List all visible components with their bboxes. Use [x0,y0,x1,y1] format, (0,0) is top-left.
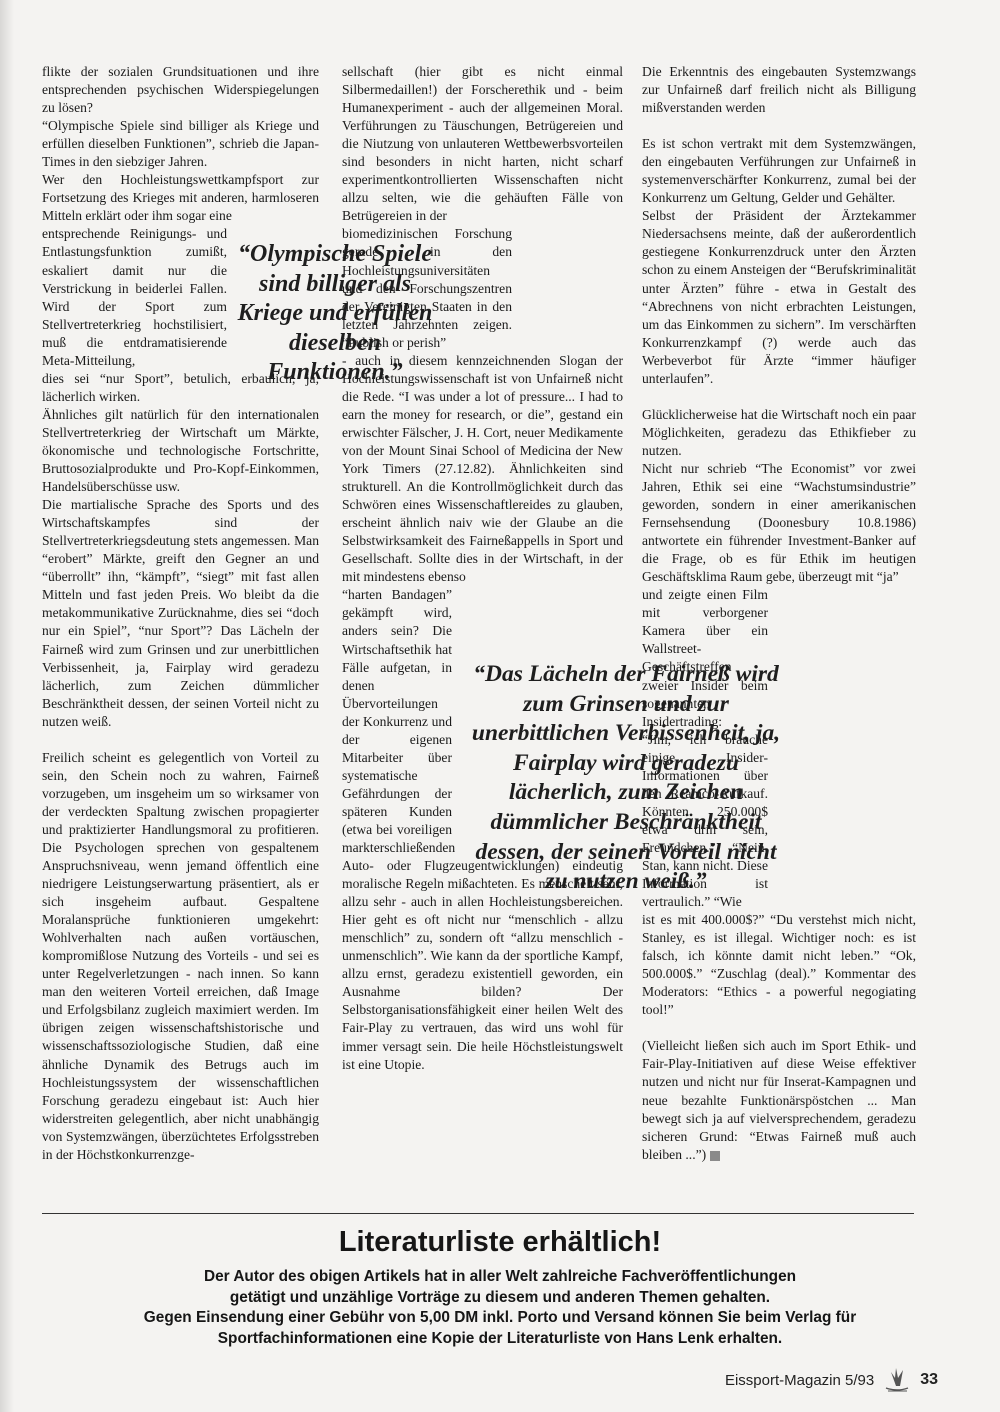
divider-rule [42,1213,914,1214]
paragraph-wrapped: entsprechende Reinigungs- und Entlastung… [42,225,227,369]
publication-name: Eissport-Magazin 5/93 [725,1372,874,1389]
article-column-1: flikte der sozialen Grundsituationen und… [42,63,319,1164]
notice-line: Sportfachinformationen eine Kopie der Li… [0,1329,1000,1350]
paragraph: Die Erkenntnis des eingebauten Systemzwa… [642,63,916,117]
paragraph: Nicht nur schrieb “The Economist” vor zw… [642,460,916,586]
paragraph: Es ist schon vertrakt mit dem Systemzwän… [642,135,916,207]
paragraph: Freilich scheint es gelegentlich von Vor… [42,749,319,1164]
paragraph-wrapped: “harten Bandagen” gekämpft wird, anders … [342,586,452,857]
notice-line: Gegen Einsendung einer Gebühr von 5,00 D… [0,1308,1000,1329]
skate-wing-logo-icon [882,1366,912,1394]
pull-quote-2: “Das Lächeln der Fairneß wird zum Grinse… [470,660,782,897]
paragraph: Wer den Hochleistungswettkampfsport zur … [42,171,319,225]
paragraph: Glücklicherweise hat die Wirtschaft noch… [642,406,916,460]
notice-line: getätigt und unzählige Vorträge zu diese… [0,1288,1000,1309]
article-column-2: sellschaft (hier gibt es nicht einmal Si… [342,63,623,1074]
paragraph: “Olympische Spiele sind billiger als Kri… [42,117,319,171]
paragraph: Die martialische Sprache des Sports und … [42,496,319,731]
notice-line: Der Autor des obigen Artikels hat in all… [0,1267,1000,1288]
pull-quote-1: “Olympische Spiele sind billiger als Kri… [226,240,444,388]
paragraph: sellschaft (hier gibt es nicht einmal Si… [342,63,623,225]
paragraph: ist es mit 400.000$?” “Du verstehst mich… [642,911,916,1019]
end-of-article-mark-icon [710,1151,720,1161]
literature-list-notice: Literaturliste erhältlich! Der Autor des… [0,1224,1000,1349]
paragraph: Ähnliches gilt natürlich für den interna… [42,406,319,496]
paragraph-final: (Vielleicht ließen sich auch im Sport Et… [642,1037,916,1163]
article-column-3: Die Erkenntnis des eingebauten Systemzwa… [642,63,916,1164]
notice-title: Literaturliste erhältlich! [0,1224,1000,1260]
paragraph: Selbst der Präsident der Ärztekammer Nie… [642,207,916,387]
page-footer: Eissport-Magazin 5/93 33 [725,1366,938,1394]
paragraph: flikte der sozialen Grundsituationen und… [42,63,319,117]
page-gutter-shadow [0,0,14,1412]
page-number: 33 [920,1371,938,1389]
